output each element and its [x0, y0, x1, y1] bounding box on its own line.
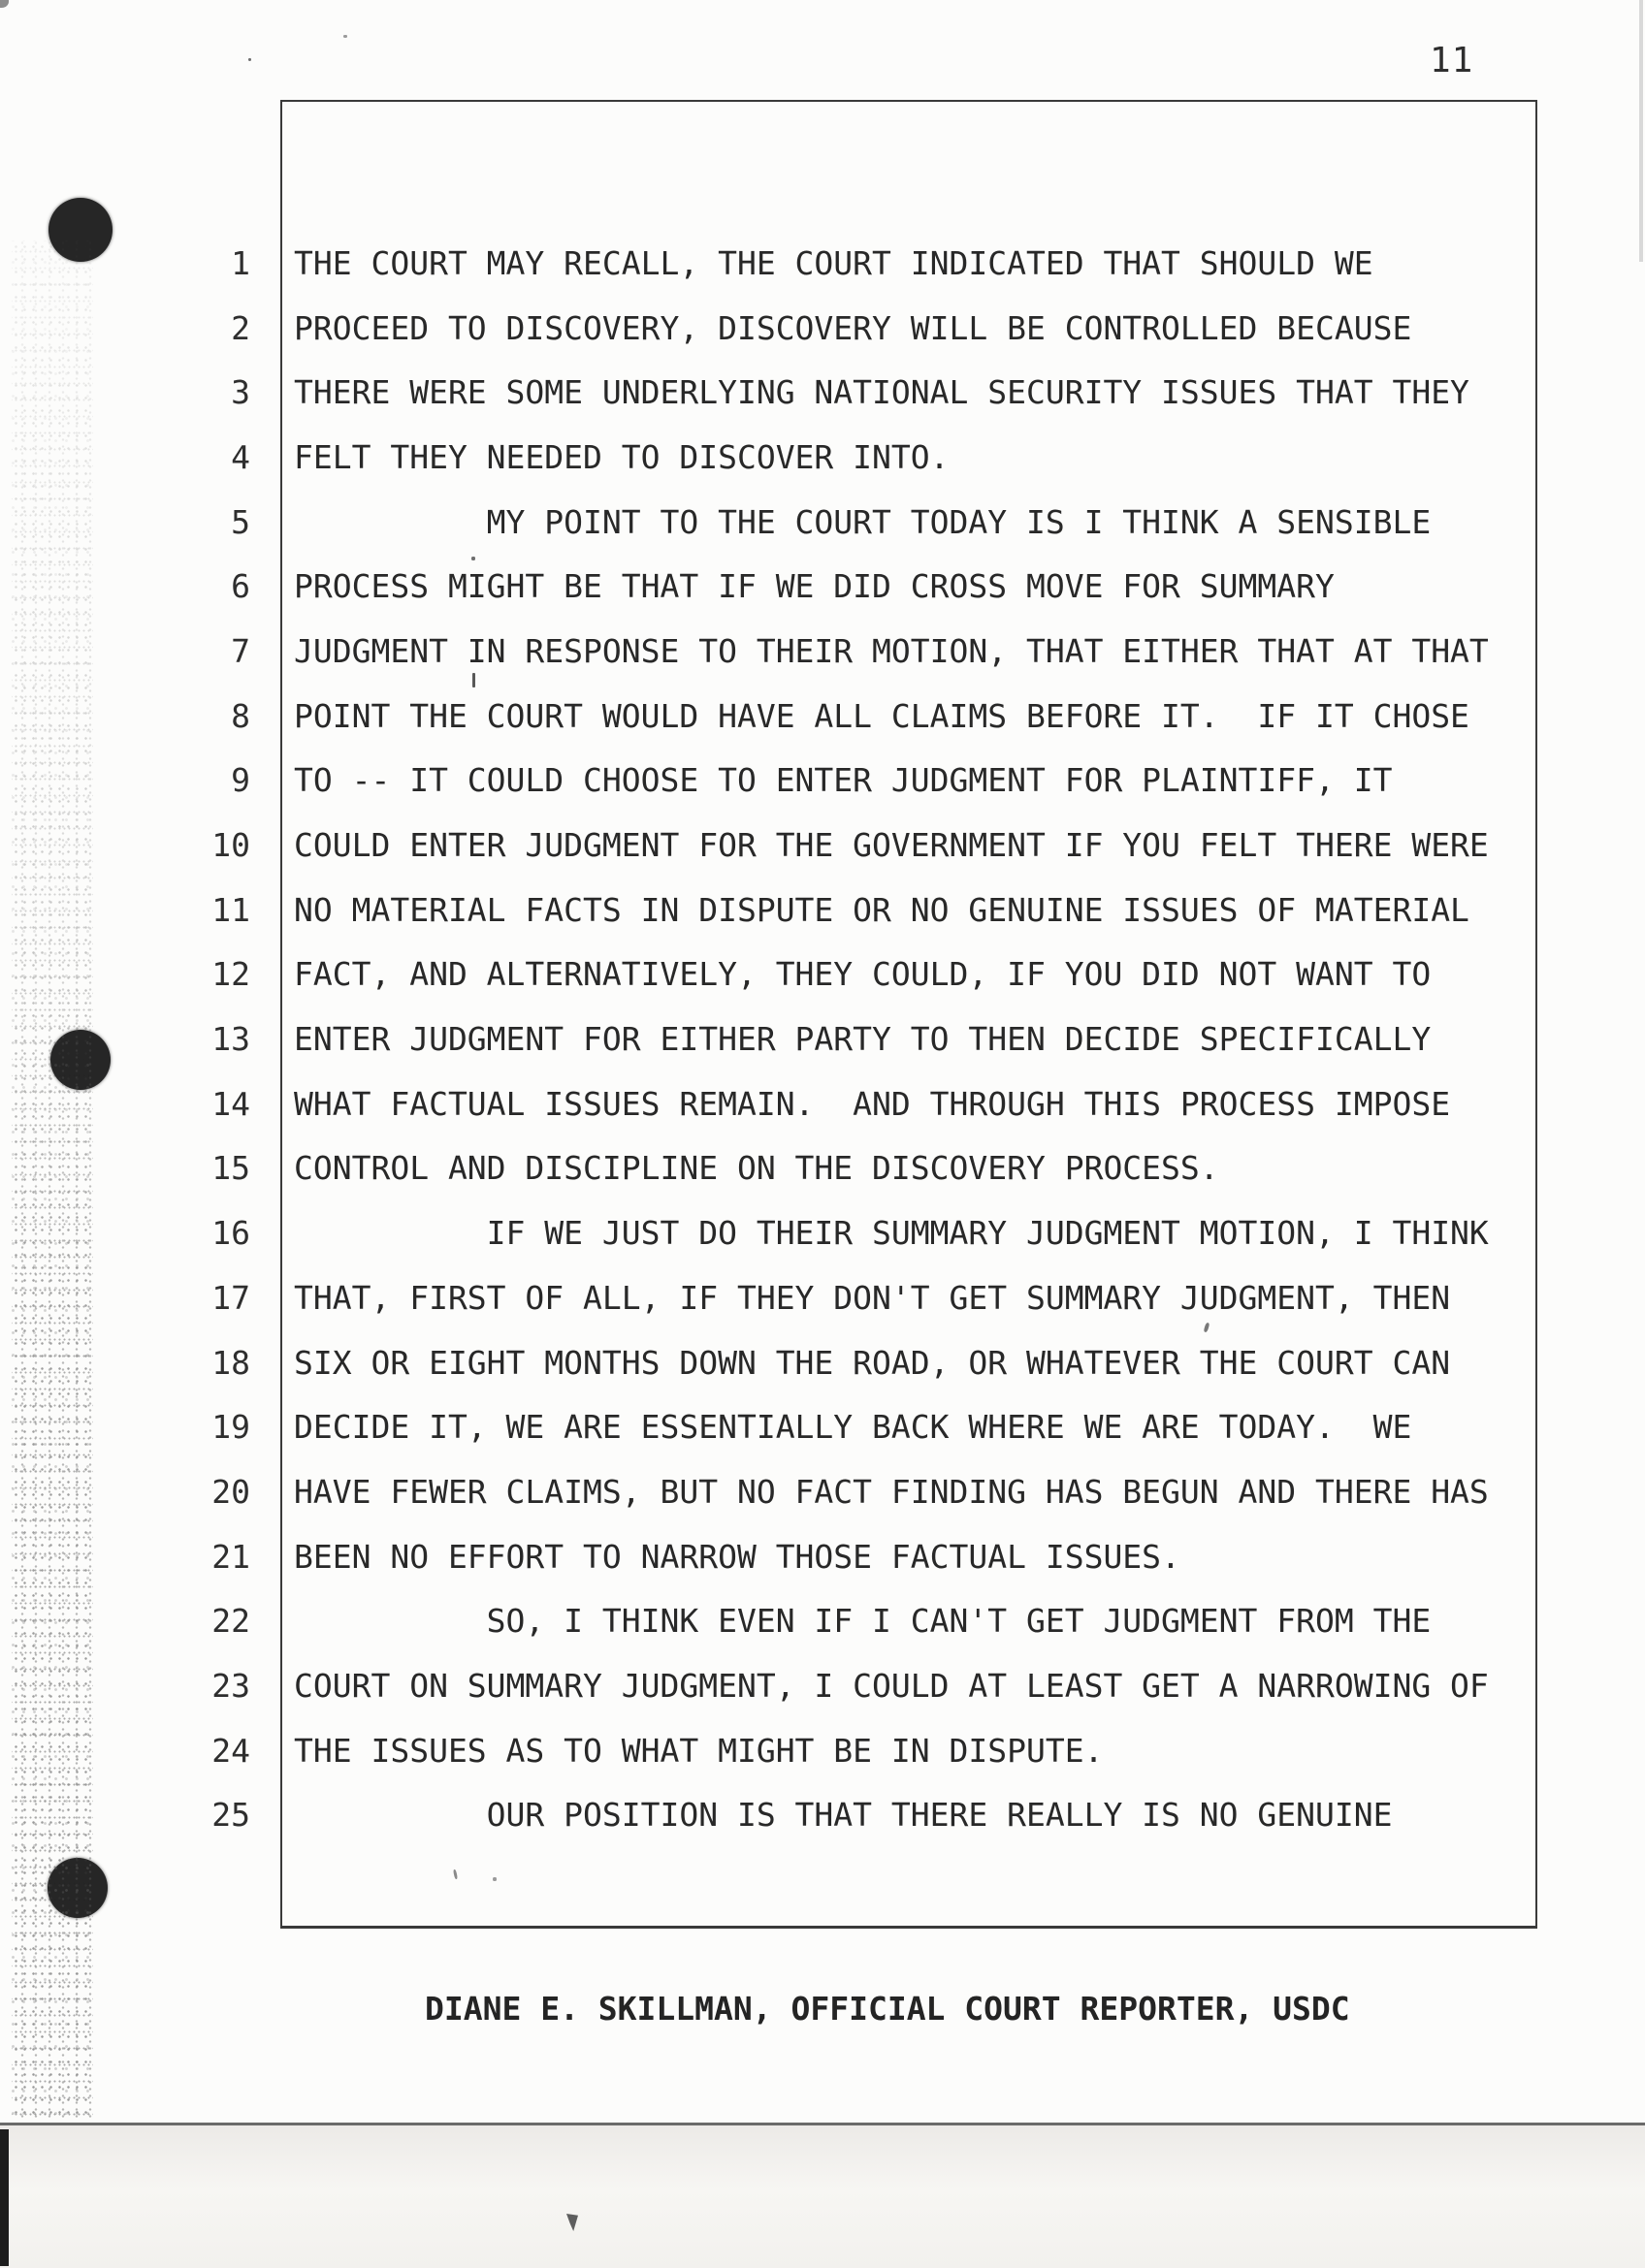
transcript-line: 11NO MATERIAL FACTS IN DISPUTE OR NO GEN…	[171, 878, 1529, 942]
scan-speck	[248, 58, 251, 61]
line-number: 21	[171, 1538, 250, 1576]
line-number: 9	[171, 761, 250, 799]
line-number: 25	[171, 1796, 250, 1834]
line-number: 8	[171, 697, 250, 735]
line-text: COULD ENTER JUDGMENT FOR THE GOVERNMENT …	[294, 826, 1489, 864]
transcript-line: 21BEEN NO EFFORT TO NARROW THOSE FACTUAL…	[171, 1524, 1529, 1589]
line-text: PROCEED TO DISCOVERY, DISCOVERY WILL BE …	[294, 309, 1411, 347]
scan-artifact-bar	[0, 2129, 9, 2266]
sheet-beneath	[0, 2125, 1645, 2268]
line-text: SIX OR EIGHT MONTHS DOWN THE ROAD, OR WH…	[294, 1344, 1450, 1382]
line-text: DECIDE IT, WE ARE ESSENTIALLY BACK WHERE…	[294, 1408, 1411, 1446]
transcript-line: 6PROCESS MIGHT BE THAT IF WE DID CROSS M…	[171, 554, 1529, 619]
transcript-line: 8POINT THE COURT WOULD HAVE ALL CLAIMS B…	[171, 684, 1529, 749]
transcript-line: 24THE ISSUES AS TO WHAT MIGHT BE IN DISP…	[171, 1718, 1529, 1783]
transcript-line: 20HAVE FEWER CLAIMS, BUT NO FACT FINDING…	[171, 1459, 1529, 1524]
transcript-line: 5 MY POINT TO THE COURT TODAY IS I THINK…	[171, 490, 1529, 555]
transcript-line: 25 OUR POSITION IS THAT THERE REALLY IS …	[171, 1783, 1529, 1848]
scan-speck	[343, 35, 347, 38]
line-text: SO, I THINK EVEN IF I CAN'T GET JUDGMENT…	[294, 1602, 1431, 1640]
court-reporter-footer: DIANE E. SKILLMAN, OFFICIAL COURT REPORT…	[425, 1990, 1350, 2028]
line-number: 4	[171, 438, 250, 476]
transcript-line: 15CONTROL AND DISCIPLINE ON THE DISCOVER…	[171, 1136, 1529, 1201]
line-number: 14	[171, 1085, 250, 1123]
line-text: OUR POSITION IS THAT THERE REALLY IS NO …	[294, 1796, 1392, 1834]
line-text: HAVE FEWER CLAIMS, BUT NO FACT FINDING H…	[294, 1473, 1489, 1511]
line-text: PROCESS MIGHT BE THAT IF WE DID CROSS MO…	[294, 567, 1335, 605]
line-text: WHAT FACTUAL ISSUES REMAIN. AND THROUGH …	[294, 1085, 1450, 1123]
line-text: FACT, AND ALTERNATIVELY, THEY COULD, IF …	[294, 955, 1431, 993]
transcript-line: 13ENTER JUDGMENT FOR EITHER PARTY TO THE…	[171, 1006, 1529, 1071]
transcript-line: 14WHAT FACTUAL ISSUES REMAIN. AND THROUG…	[171, 1071, 1529, 1136]
line-number: 1	[171, 244, 250, 282]
line-number: 22	[171, 1602, 250, 1640]
line-number: 16	[171, 1214, 250, 1252]
line-text: POINT THE COURT WOULD HAVE ALL CLAIMS BE…	[294, 697, 1469, 735]
line-number: 12	[171, 955, 250, 993]
transcript-line: 1THE COURT MAY RECALL, THE COURT INDICAT…	[171, 231, 1529, 296]
line-number: 20	[171, 1473, 250, 1511]
line-text: MY POINT TO THE COURT TODAY IS I THINK A…	[294, 503, 1431, 541]
line-number: 15	[171, 1149, 250, 1187]
line-text: ENTER JUDGMENT FOR EITHER PARTY TO THEN …	[294, 1020, 1431, 1058]
line-text: NO MATERIAL FACTS IN DISPUTE OR NO GENUI…	[294, 891, 1469, 929]
line-number: 24	[171, 1732, 250, 1770]
line-text: IF WE JUST DO THEIR SUMMARY JUDGMENT MOT…	[294, 1214, 1489, 1252]
transcript-line: 3THERE WERE SOME UNDERLYING NATIONAL SEC…	[171, 360, 1529, 425]
line-text: COURT ON SUMMARY JUDGMENT, I COULD AT LE…	[294, 1667, 1489, 1705]
line-number: 19	[171, 1408, 250, 1446]
transcript-line: 2PROCEED TO DISCOVERY, DISCOVERY WILL BE…	[171, 296, 1529, 361]
scan-speck	[493, 1877, 497, 1881]
line-number: 13	[171, 1020, 250, 1058]
line-number: 10	[171, 826, 250, 864]
line-text: THAT, FIRST OF ALL, IF THEY DON'T GET SU…	[294, 1279, 1450, 1317]
line-text: BEEN NO EFFORT TO NARROW THOSE FACTUAL I…	[294, 1538, 1180, 1576]
line-number: 2	[171, 309, 250, 347]
scan-noise-strip	[12, 240, 93, 2122]
line-number: 5	[171, 503, 250, 541]
transcript-line: 16 IF WE JUST DO THEIR SUMMARY JUDGMENT …	[171, 1200, 1529, 1265]
transcript-line: 19DECIDE IT, WE ARE ESSENTIALLY BACK WHE…	[171, 1394, 1529, 1459]
transcript-line: 23COURT ON SUMMARY JUDGMENT, I COULD AT …	[171, 1653, 1529, 1718]
transcript-line: 18SIX OR EIGHT MONTHS DOWN THE ROAD, OR …	[171, 1330, 1529, 1395]
scan-speck	[0, 0, 9, 8]
line-number: 6	[171, 567, 250, 605]
line-number: 3	[171, 373, 250, 411]
transcript-page: 11 1THE COURT MAY RECALL, THE COURT INDI…	[0, 0, 1645, 2268]
scan-speck	[471, 557, 475, 560]
line-text: JUDGMENT IN RESPONSE TO THEIR MOTION, TH…	[294, 632, 1489, 670]
line-text: CONTROL AND DISCIPLINE ON THE DISCOVERY …	[294, 1149, 1219, 1187]
line-text: TO -- IT COULD CHOOSE TO ENTER JUDGMENT …	[294, 761, 1392, 799]
line-text: FELT THEY NEEDED TO DISCOVER INTO.	[294, 438, 950, 476]
line-text: THE COURT MAY RECALL, THE COURT INDICATE…	[294, 244, 1373, 282]
transcript-line: 9TO -- IT COULD CHOOSE TO ENTER JUDGMENT…	[171, 749, 1529, 814]
transcript-line: 17THAT, FIRST OF ALL, IF THEY DON'T GET …	[171, 1265, 1529, 1330]
scan-edge-right	[1639, 0, 1643, 262]
scan-speck	[472, 673, 475, 687]
line-number: 7	[171, 632, 250, 670]
line-text: THERE WERE SOME UNDERLYING NATIONAL SECU…	[294, 373, 1469, 411]
transcript-line: 22 SO, I THINK EVEN IF I CAN'T GET JUDGM…	[171, 1588, 1529, 1653]
transcript-line: 12FACT, AND ALTERNATIVELY, THEY COULD, I…	[171, 942, 1529, 1007]
transcript-lines: 1THE COURT MAY RECALL, THE COURT INDICAT…	[171, 231, 1529, 1847]
line-text: THE ISSUES AS TO WHAT MIGHT BE IN DISPUT…	[294, 1732, 1103, 1770]
transcript-line: 10COULD ENTER JUDGMENT FOR THE GOVERNMEN…	[171, 813, 1529, 878]
transcript-line: 4FELT THEY NEEDED TO DISCOVER INTO.	[171, 425, 1529, 490]
transcript-line: 7JUDGMENT IN RESPONSE TO THEIR MOTION, T…	[171, 619, 1529, 684]
page-number: 11	[1430, 41, 1473, 80]
line-number: 17	[171, 1279, 250, 1317]
line-number: 11	[171, 891, 250, 929]
line-number: 23	[171, 1667, 250, 1705]
line-number: 18	[171, 1344, 250, 1382]
